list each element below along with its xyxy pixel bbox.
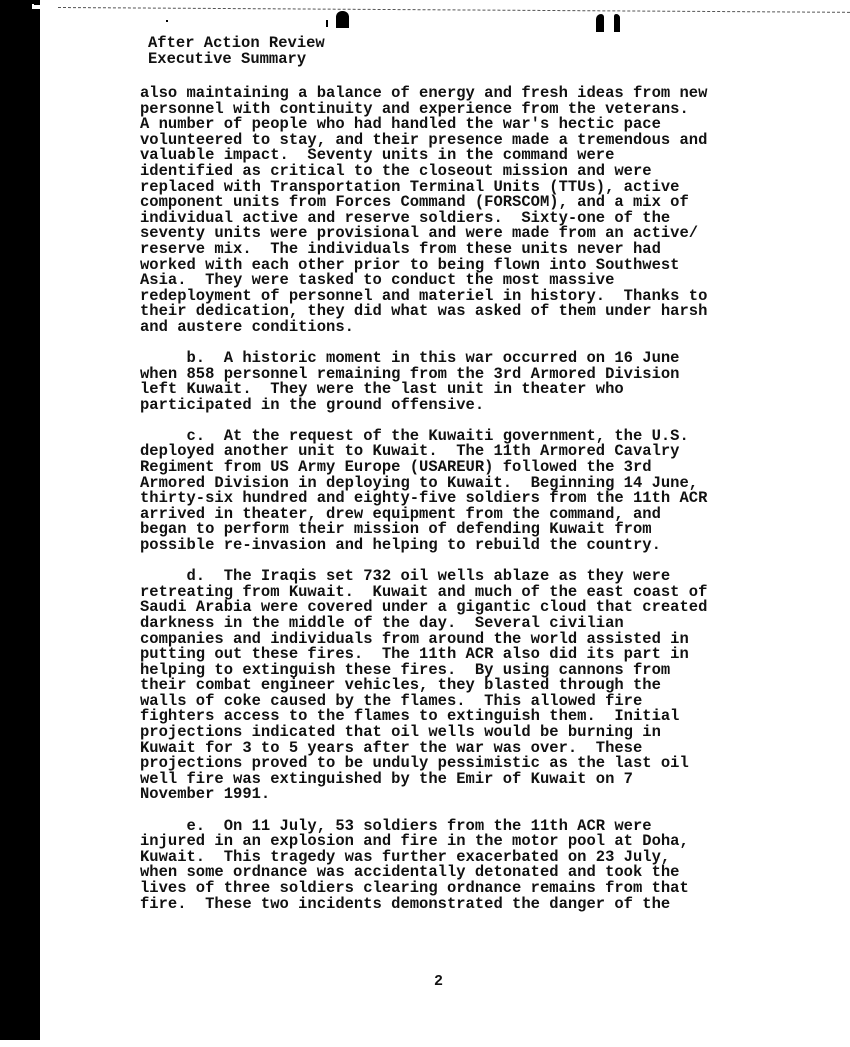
paragraph-e: e. On 11 July, 53 soldiers from the 11th… [140,819,780,913]
punch-hole-mark [596,14,604,32]
header-title: After Action Review [148,35,325,51]
punch-hole-mark [336,11,349,28]
document-header: After Action Review Executive Summary [148,35,325,67]
punch-hole-mark [614,14,620,32]
scan-artifact [166,20,168,22]
paragraph-b: b. A historic moment in this war occurre… [140,351,780,413]
scan-artifact [33,5,55,9]
document-body: also maintaining a balance of energy and… [140,86,780,928]
scan-artifact [326,20,328,27]
scan-edge-band [0,0,40,1040]
paragraph-c: c. At the request of the Kuwaiti governm… [140,429,780,554]
header-subtitle: Executive Summary [148,51,325,67]
paragraph-continuation: also maintaining a balance of energy and… [140,86,780,336]
paragraph-d: d. The Iraqis set 732 oil wells ablaze a… [140,569,780,803]
scan-artifact [32,4,34,9]
page-number: 2 [434,973,443,990]
text-line: November 1991. [140,787,780,803]
text-line: fire. These two incidents demonstrated t… [140,897,780,913]
text-line: participated in the ground offensive. [140,398,780,414]
scan-top-edge [58,7,850,14]
text-line: possible re-invasion and helping to rebu… [140,538,780,554]
text-line: and austere conditions. [140,320,780,336]
